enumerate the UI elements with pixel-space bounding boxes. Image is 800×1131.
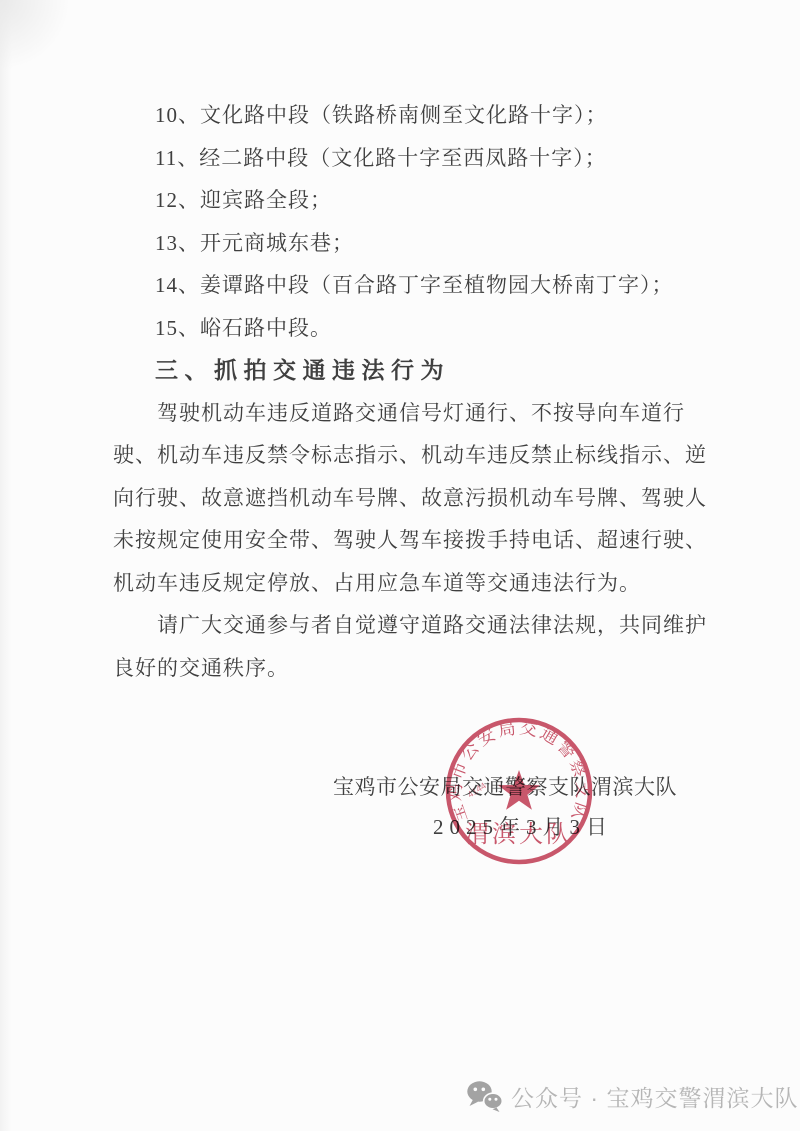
list-item-15: 15、峪石路中段。 xyxy=(113,307,707,350)
paragraph-line: 未按规定使用安全带、驾驶人驾车接拨手持电话、超速行驶、 xyxy=(113,519,707,562)
paragraph-line: 请广大交通参与者自觉遵守道路交通法律法规，共同维护 xyxy=(113,604,707,647)
paragraph-line: 向行驶、故意遮挡机动车号牌、故意污损机动车号牌、驾驶人 xyxy=(113,477,707,520)
document-page: 10、文化路中段（铁路桥南侧至文化路十字）； 11、经二路中段（文化路十字至西凤… xyxy=(0,0,800,1131)
wechat-account-label: 公众号 · 宝鸡交警渭滨大队 xyxy=(511,1080,798,1113)
seal-serial-number: 4144 xyxy=(466,780,488,799)
paragraph-line: 机动车违反规定停放、占用应急车道等交通违法行为。 xyxy=(113,562,707,605)
wechat-icon xyxy=(466,1080,503,1113)
paragraph-line: 良好的交通秩序。 xyxy=(113,647,707,690)
paragraph-appeal: 请广大交通参与者自觉遵守道路交通法律法规，共同维护 良好的交通秩序。 xyxy=(113,604,707,689)
list-item-14: 14、姜谭路中段（百合路丁字至植物园大桥南丁字）； xyxy=(113,264,707,307)
paragraph-line: 驶、机动车违反禁令标志指示、机动车违反禁止标线指示、逆 xyxy=(113,434,707,477)
wechat-watermark: 公众号 · 宝鸡交警渭滨大队 xyxy=(466,1080,798,1113)
paragraph-violations: 驾驶机动车违反道路交通信号灯通行、不按导向车道行 驶、机动车违反禁令标志指示、机… xyxy=(113,392,707,605)
red-star-icon xyxy=(498,770,540,810)
official-seal: 宝鸡市公安局交通警察支队 渭滨大队 4144 xyxy=(444,716,594,866)
list-item-12: 12、迎宾路全段； xyxy=(113,179,707,222)
list-item-10: 10、文化路中段（铁路桥南侧至文化路十字）； xyxy=(113,94,707,137)
seal-bottom-text: 渭滨大队 xyxy=(465,821,573,848)
section-heading: 三、抓拍交通违法行为 xyxy=(113,349,707,392)
paragraph-line: 驾驶机动车违反道路交通信号灯通行、不按导向车道行 xyxy=(113,392,707,435)
list-item-13: 13、开元商城东巷； xyxy=(113,222,707,265)
list-item-11: 11、经二路中段（文化路十字至西凤路十字）； xyxy=(113,137,707,180)
document-body: 10、文化路中段（铁路桥南侧至文化路十字）； 11、经二路中段（文化路十字至西凤… xyxy=(113,94,707,848)
